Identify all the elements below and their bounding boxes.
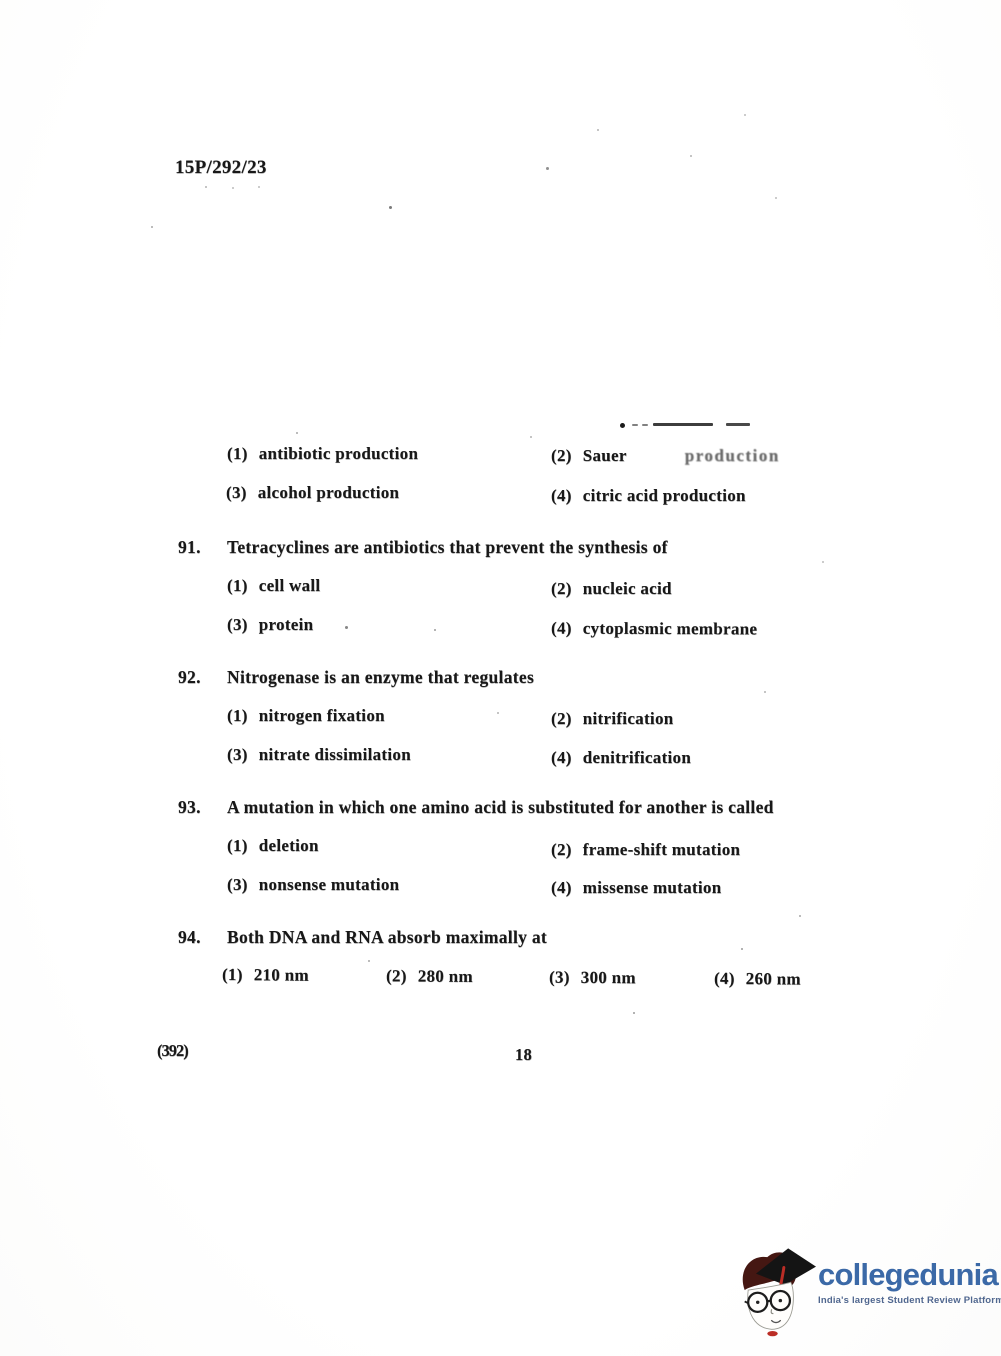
option-text: nucleic acid [583, 579, 672, 598]
scan-speck [764, 691, 766, 693]
question-93: 93.A mutation in which one amino acid is… [178, 797, 774, 818]
option-text: missense mutation [583, 878, 722, 897]
scan-artifact-dashes [620, 421, 760, 429]
option-text: 300 nm [581, 968, 636, 987]
option-number: (1) [222, 965, 243, 984]
question-text: A mutation in which one amino acid is su… [227, 797, 774, 817]
option-number: (4) [551, 878, 572, 897]
q94-option-1: (1)210 nm [222, 965, 309, 986]
question-92: 92.Nitrogenase is an enzyme that regulat… [178, 667, 534, 688]
option-number: (1) [227, 836, 248, 855]
q91-option-1: (1)cell wall [227, 576, 320, 596]
collegedunia-mascot-icon [736, 1245, 816, 1337]
option-text: nitrification [583, 709, 674, 728]
option-text: citric acid production [583, 486, 746, 505]
question-91: 91.Tetracyclines are antibiotics that pr… [178, 537, 668, 558]
q91-option-2: (2)nucleic acid [551, 579, 672, 599]
scan-speck [822, 561, 824, 563]
partial-option-2: (2)Sauerproduction [551, 446, 780, 466]
option-text: antibiotic production [259, 444, 418, 463]
scan-speck [744, 114, 746, 116]
collegedunia-logo: collegedunia .com India's largest Studen… [736, 1243, 998, 1338]
scan-speck [597, 129, 599, 131]
option-number: (2) [551, 840, 572, 859]
option-text: 210 nm [254, 965, 309, 984]
option-number: (3) [549, 968, 570, 987]
scan-speck [435, 545, 437, 547]
option-number: (2) [386, 966, 407, 985]
question-text: Nitrogenase is an enzyme that regulates [227, 667, 534, 687]
option-number: (4) [551, 486, 572, 505]
exam-paper-page: 15P/292/23 (1)antibiotic production (2)S… [0, 0, 1001, 1356]
question-number: 92. [178, 667, 227, 688]
option-text: cytoplasmic membrane [583, 619, 758, 639]
option-number: (4) [714, 969, 735, 988]
q93-option-4: (4)missense mutation [551, 878, 721, 898]
q92-option-3: (3)nitrate dissimilation [227, 745, 411, 765]
option-number: (1) [227, 706, 248, 725]
option-text: frame-shift mutation [583, 840, 741, 859]
q93-option-1: (1)deletion [227, 836, 319, 856]
q91-option-3: (3)protein [227, 615, 313, 635]
question-94: 94.Both DNA and RNA absorb maximally at [178, 927, 547, 948]
question-number: 91. [178, 537, 227, 558]
q94-option-4: (4)260 nm [714, 969, 801, 990]
option-text: Sauer [583, 446, 627, 465]
partial-option-1: (1)antibiotic production [227, 444, 418, 464]
scan-speck [232, 187, 234, 189]
brand-name: collegedunia [818, 1259, 998, 1290]
option-number: (2) [551, 446, 572, 465]
scan-speck [296, 432, 298, 434]
paper-code: 15P/292/23 [175, 157, 267, 179]
partial-option-4: (4)citric acid production [551, 486, 746, 506]
option-number: (3) [226, 483, 247, 502]
scan-speck [546, 167, 549, 170]
scan-speck [633, 1012, 635, 1014]
scan-speck [799, 915, 801, 917]
scan-speck [741, 948, 743, 950]
option-number: (1) [227, 444, 248, 463]
option-number: (4) [551, 748, 572, 767]
option-text-faded: production [685, 446, 780, 465]
option-number: (3) [227, 745, 248, 764]
q92-option-1: (1)nitrogen fixation [227, 706, 385, 726]
scan-speck [434, 629, 436, 631]
scan-speck [151, 226, 153, 228]
option-number: (1) [227, 576, 248, 595]
option-text: cell wall [259, 576, 321, 595]
option-text: alcohol production [258, 483, 400, 502]
option-text: nitrogen fixation [259, 706, 385, 725]
option-text: deletion [259, 836, 319, 855]
option-text: protein [259, 615, 314, 634]
scan-speck [530, 436, 532, 438]
scan-speck [497, 712, 499, 714]
partial-option-3: (3)alcohol production [226, 483, 399, 503]
option-number: (3) [227, 615, 248, 634]
q94-option-2: (2)280 nm [386, 966, 473, 987]
logo-text-block: collegedunia .com India's largest Studen… [818, 1259, 1001, 1306]
q94-option-3: (3)300 nm [549, 968, 636, 989]
q93-option-3: (3)nonsense mutation [227, 875, 399, 895]
q93-option-2: (2)frame-shift mutation [551, 840, 740, 860]
option-text: 260 nm [746, 969, 801, 988]
page-number: 18 [515, 1045, 532, 1065]
option-text: denitrification [583, 748, 691, 767]
q92-option-2: (2)nitrification [551, 709, 674, 729]
scan-speck [258, 186, 260, 188]
scan-speck [205, 186, 207, 188]
option-number: (4) [551, 619, 572, 638]
question-number: 94. [178, 927, 227, 948]
option-number: (2) [551, 579, 572, 598]
option-text: 280 nm [418, 967, 473, 986]
scan-speck [389, 206, 392, 209]
option-number: (3) [227, 875, 248, 894]
q92-option-4: (4)denitrification [551, 748, 691, 768]
option-text: nonsense mutation [259, 875, 400, 894]
booklet-code: (392) [157, 1041, 188, 1061]
question-text: Both DNA and RNA absorb maximally at [227, 927, 547, 947]
scan-speck [775, 197, 777, 199]
option-number: (2) [551, 709, 572, 728]
question-number: 93. [178, 797, 227, 818]
q91-option-4: (4)cytoplasmic membrane [551, 619, 757, 640]
brand-tagline: India's largest Student Review Platform [818, 1295, 1001, 1306]
scan-speck [345, 626, 348, 629]
scan-speck [690, 155, 692, 157]
question-text: Tetracyclines are antibiotics that preve… [227, 537, 668, 557]
option-text: nitrate dissimilation [259, 745, 411, 764]
scan-speck [368, 960, 370, 962]
